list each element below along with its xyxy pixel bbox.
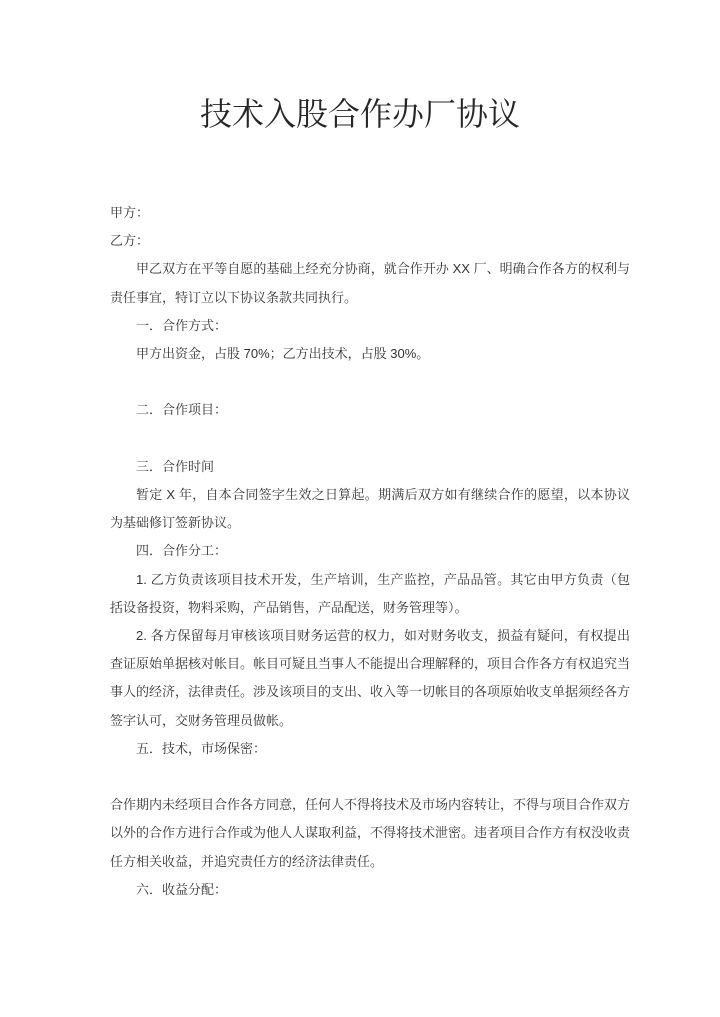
document-line: 暂定 X 年，自本合同签字生效之日算起。期满后双方如有继续合作的愿望，以本协议 bbox=[110, 481, 630, 509]
document-line: 三．合作时间 bbox=[110, 453, 630, 481]
document-page: 技术入股合作办厂协议 甲方：乙方：甲乙双方在平等自愿的基础上经充分协商，就合作开… bbox=[0, 0, 720, 1017]
document-line: 以外的合作方进行合作或为他人人谋取利益，不得将技术泄密。违者项目合作方有权没收责 bbox=[110, 819, 630, 847]
document-line: 二．合作项目： bbox=[110, 396, 630, 424]
document-line: 一．合作方式： bbox=[110, 312, 630, 340]
document-blank-line bbox=[110, 425, 630, 453]
document-blank-line bbox=[110, 763, 630, 791]
document-line: 乙方： bbox=[110, 227, 630, 255]
document-line: 1. 乙方负责该项目技术开发，生产培训，生产监控，产品品管。其它由甲方负责（包 bbox=[110, 566, 630, 594]
document-line: 事人的经济，法律责任。涉及该项目的支出、收入等一切帐目的各项原始收支单据须经各方 bbox=[110, 678, 630, 706]
document-line: 五．技术，市场保密： bbox=[110, 735, 630, 763]
document-line: 合作期内未经项目合作各方同意，任何人不得将技术及市场内容转让，不得与项目合作双方 bbox=[110, 791, 630, 819]
document-line: 甲方： bbox=[110, 199, 630, 227]
document-blank-line bbox=[110, 368, 630, 396]
document-line: 四．合作分工： bbox=[110, 537, 630, 565]
document-line: 任方相关收益，并追究责任方的经济法律责任。 bbox=[110, 848, 630, 876]
document-line: 责任事宜，特订立以下协议条款共同执行。 bbox=[110, 284, 630, 312]
document-line: 六．收益分配： bbox=[110, 876, 630, 904]
document-line: 甲乙双方在平等自愿的基础上经充分协商，就合作开办 XX 厂、明确合作各方的权利与 bbox=[110, 255, 630, 283]
document-line: 括设备投资，物料采购，产品销售，产品配送，财务管理等）。 bbox=[110, 594, 630, 622]
document-body: 甲方：乙方：甲乙双方在平等自愿的基础上经充分协商，就合作开办 XX 厂、明确合作… bbox=[110, 199, 630, 904]
document-line: 为基础修订签新协议。 bbox=[110, 509, 630, 537]
document-line: 签字认可，交财务管理员做帐。 bbox=[110, 707, 630, 735]
document-line: 2. 各方保留每月审核该项目财务运营的权力，如对财务收支，损益有疑问，有权提出 bbox=[110, 622, 630, 650]
document-line: 甲方出资金，占股 70%；乙方出技术，占股 30%。 bbox=[110, 340, 630, 368]
document-line: 查证原始单据核对帐目。帐目可疑且当事人不能提出合理解释的，项目合作各方有权追究当 bbox=[110, 650, 630, 678]
document-title: 技术入股合作办厂协议 bbox=[0, 93, 720, 135]
